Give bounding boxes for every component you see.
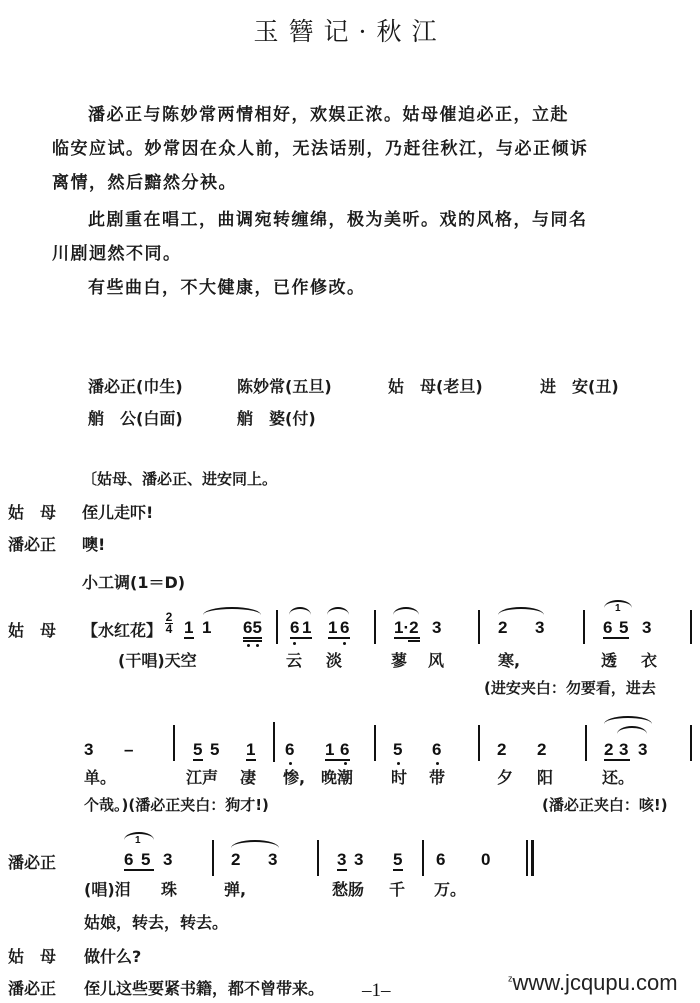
slur-mark	[203, 607, 261, 615]
lyric: 万。	[434, 877, 466, 900]
underline-mark	[393, 869, 403, 871]
intro-p1-line2: 临安应试。妙常因在众人前，无法话别，乃赶往秋江，与必正倾诉	[52, 134, 589, 159]
lyric: 透	[601, 648, 617, 671]
stage-direction: 〔姑母、潘必正、进安同上。	[82, 468, 277, 489]
note: 2	[497, 740, 506, 760]
speaker-label: 姑 母	[8, 944, 56, 967]
slur-mark	[498, 607, 544, 615]
barline	[173, 725, 175, 761]
key-signature: 小工调(1＝D)	[82, 570, 185, 593]
low-dot	[293, 642, 296, 645]
lyric: 惨,	[283, 765, 305, 788]
lyric: 寒,	[498, 648, 520, 671]
barline	[317, 840, 319, 876]
note: 6	[603, 618, 612, 638]
underline-mark	[124, 869, 154, 871]
lyric: 夕	[497, 765, 513, 788]
barline	[212, 840, 214, 876]
note: 1	[328, 618, 337, 638]
note: 6	[124, 850, 133, 870]
underline-mark	[243, 640, 262, 642]
speaker-label: 姑 母	[8, 500, 56, 523]
cast-item: 艄 婆(付)	[237, 406, 316, 429]
cast-item: 潘必正(巾生)	[88, 374, 183, 397]
speaker-label: 姑 母	[8, 618, 56, 641]
note: 65	[243, 618, 262, 638]
underline-mark	[184, 637, 194, 639]
lyric: 珠	[161, 877, 177, 900]
note: 0	[481, 850, 490, 870]
barline	[273, 722, 275, 762]
lyric: 晚潮	[321, 765, 353, 788]
barline	[374, 725, 376, 761]
underline-mark	[337, 869, 347, 871]
lyric: 阳	[537, 765, 553, 788]
lyric: 江声	[186, 765, 218, 788]
note: 1	[184, 618, 193, 638]
lyric: 风	[428, 648, 444, 671]
intro-p2-line2: 川剧迥然不同。	[52, 239, 182, 264]
note: –	[124, 740, 133, 760]
slur-mark	[604, 716, 652, 724]
cast-item: 姑 母(老旦)	[388, 374, 483, 397]
underline-mark	[394, 637, 420, 639]
speaker-label: 潘必正	[8, 532, 56, 555]
note: 3	[432, 618, 441, 638]
slur-mark	[327, 607, 349, 615]
note: 3	[642, 618, 651, 638]
note: 1	[202, 618, 211, 638]
page-title: 玉簪记·秋江	[0, 12, 700, 48]
aside-text: 个哉。)(潘必正夹白：狗才!)	[84, 794, 269, 815]
grace-note: 1	[615, 603, 621, 614]
watermark: zwww.jcqupu.com	[508, 970, 678, 996]
note: 2	[231, 850, 240, 870]
dialogue-line: 姑娘，转去，转去。	[84, 910, 228, 933]
aside-text: (进安夹白：勿要看，进去	[484, 677, 656, 698]
underline-mark	[246, 759, 256, 761]
lyric: 衣	[641, 648, 657, 671]
note: 1	[246, 740, 255, 760]
cast-item: 进 安(丑)	[540, 374, 619, 397]
note: 6	[290, 618, 299, 638]
note: 2	[537, 740, 546, 760]
barline	[478, 725, 480, 761]
barline	[690, 610, 692, 644]
note: 5	[141, 850, 150, 870]
barline	[478, 610, 480, 644]
low-dot	[247, 644, 250, 647]
note: 1	[325, 740, 334, 760]
barline	[374, 610, 376, 644]
final-barline	[526, 840, 528, 876]
note: 3	[535, 618, 544, 638]
barline	[276, 610, 278, 644]
lyric: 淡	[326, 648, 342, 671]
note: 2	[498, 618, 507, 638]
lyric: 时	[391, 765, 407, 788]
underline-mark	[290, 637, 312, 639]
barline	[690, 725, 692, 761]
grace-note: 1	[135, 835, 141, 846]
tune-name: 【水红花】	[82, 618, 162, 641]
slur-mark	[393, 607, 419, 615]
cast-item: 艄 公(白面)	[88, 406, 183, 429]
note: 3	[619, 740, 628, 760]
dialogue-line: 侄儿这些要紧书籍，都不曾带来。	[84, 976, 324, 999]
low-dot	[256, 644, 259, 647]
lyric: 单。	[84, 765, 116, 788]
barline	[583, 610, 585, 644]
dialogue-line: 侄儿走吓!	[82, 500, 153, 523]
note: 3	[163, 850, 172, 870]
note: 1	[302, 618, 311, 638]
underline-mark	[193, 759, 203, 761]
note: 2	[604, 740, 613, 760]
intro-p3-line1: 有些曲白，不大健康，已作修改。	[88, 273, 366, 298]
lyric: (唱)泪	[84, 877, 131, 900]
note: 3	[638, 740, 647, 760]
lyric: 愁肠	[332, 877, 364, 900]
note: 3	[268, 850, 277, 870]
slur-mark	[231, 840, 279, 848]
lyric: 弹,	[224, 877, 246, 900]
lyric: 千	[389, 877, 405, 900]
intro-p1-line3: 离情，然后黯然分袂。	[52, 168, 237, 193]
note: 5	[619, 618, 628, 638]
note: 5	[210, 740, 219, 760]
note: 6	[285, 740, 294, 760]
underline-mark	[325, 759, 350, 761]
lyric: 带	[429, 765, 445, 788]
underline-mark	[243, 637, 262, 639]
note: 3	[84, 740, 93, 760]
underline-mark	[328, 637, 350, 639]
low-dot	[343, 642, 346, 645]
lyric: 云	[286, 648, 302, 671]
note: 3	[337, 850, 346, 870]
time-signature: 2 4	[165, 612, 173, 635]
slur-mark	[617, 726, 647, 734]
barline	[422, 840, 424, 876]
dialogue-line: 噢!	[82, 532, 105, 555]
note: 5	[393, 850, 402, 870]
note: 6	[432, 740, 441, 760]
underline-mark	[408, 640, 420, 642]
note: 5	[193, 740, 202, 760]
note: 1·2	[394, 618, 419, 638]
speaker-label: 潘必正	[8, 850, 56, 873]
lyric: 蓼	[391, 648, 407, 671]
note: 6	[340, 618, 349, 638]
intro-p2-line1: 此剧重在唱工，曲调宛转缠绵，极为美听。戏的风格，与同名	[88, 205, 588, 230]
intro-p1-line1: 潘必正与陈妙常两情相好，欢娱正浓。姑母催迫必正，立赴	[88, 100, 569, 125]
note: 6	[436, 850, 445, 870]
cast-item: 陈妙常(五旦)	[237, 374, 332, 397]
page-number: –1–	[362, 980, 391, 1002]
underline-mark	[604, 759, 630, 761]
note: 6	[340, 740, 349, 760]
final-barline-thick	[531, 840, 534, 876]
note: 3	[354, 850, 363, 870]
dialogue-line: 做什么?	[84, 944, 141, 967]
slur-mark	[289, 607, 311, 615]
lyric: 凄	[240, 765, 256, 788]
barline	[585, 725, 587, 761]
lyric: (干唱)天空	[118, 648, 197, 671]
lyric: 还。	[602, 765, 634, 788]
note: 5	[393, 740, 402, 760]
underline-mark	[603, 637, 629, 639]
aside-text: (潘必正夹白：咳!)	[542, 794, 668, 815]
speaker-label: 潘必正	[8, 976, 56, 999]
